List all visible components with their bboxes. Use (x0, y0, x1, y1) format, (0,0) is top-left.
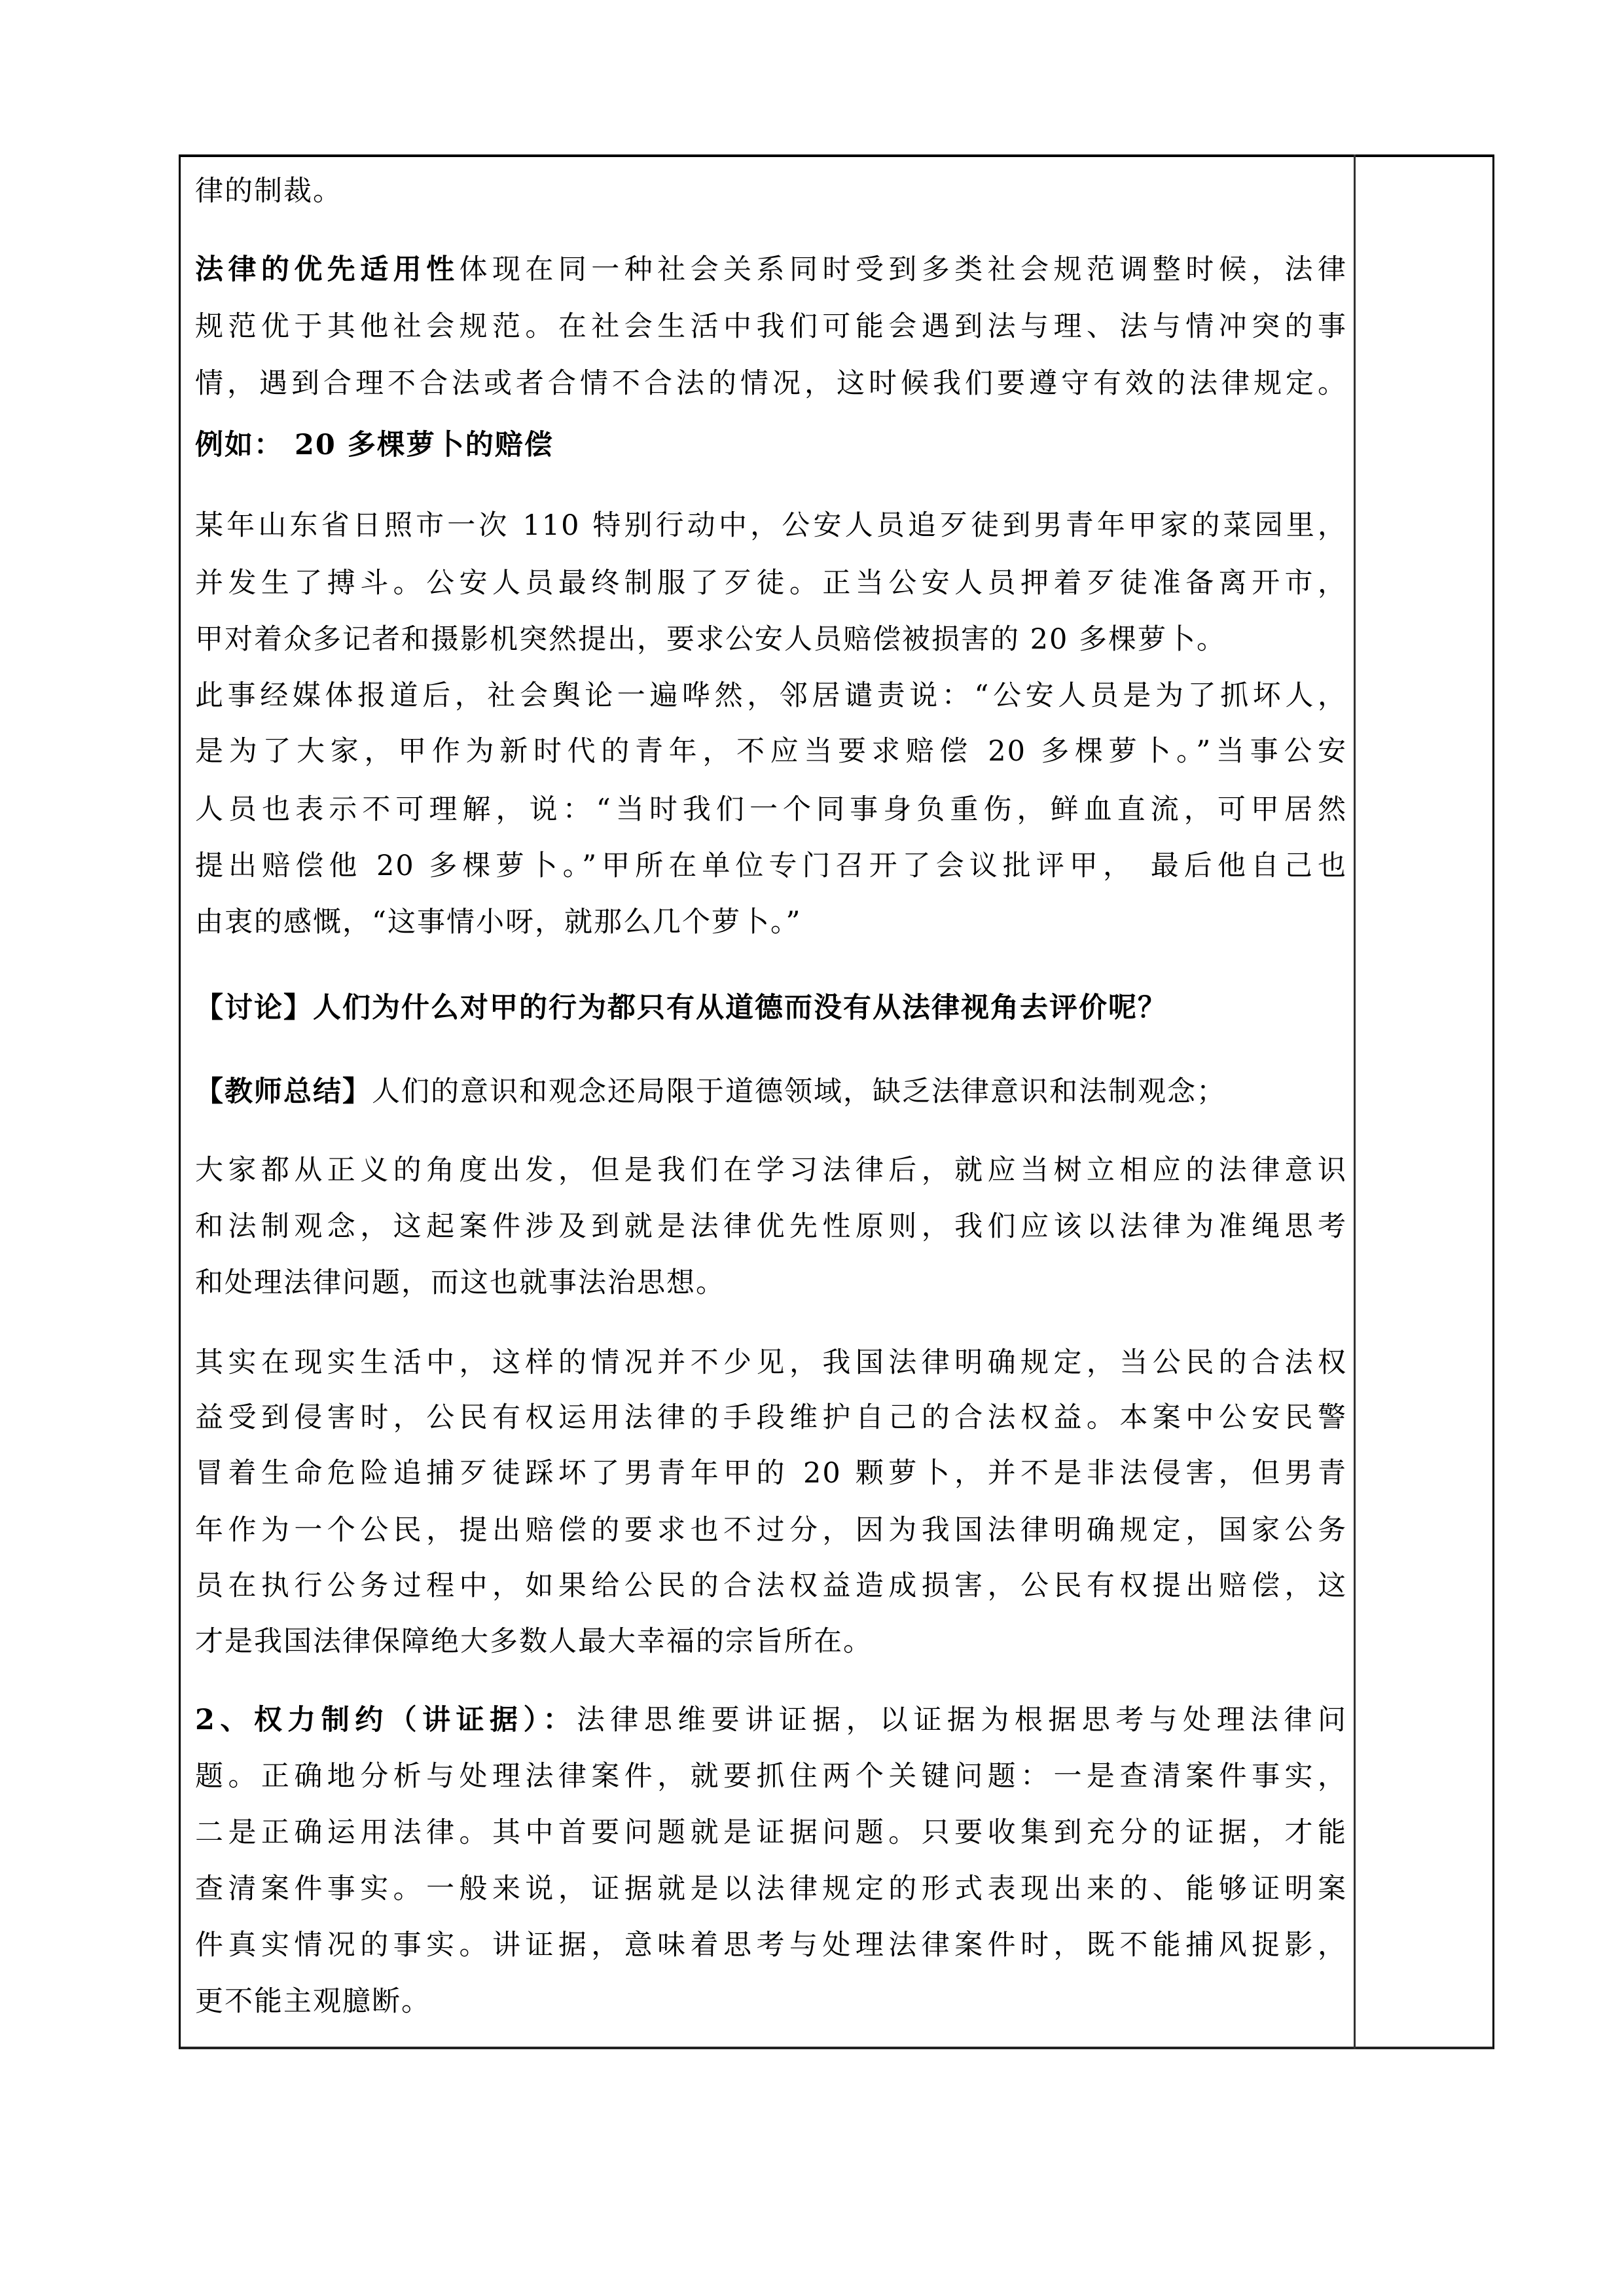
text-line: 律的制裁。 (195, 171, 1347, 211)
text-line: 益受到侵害时，公民有权运用法律的手段维护自己的合法权益。本案中公安民警 (195, 1398, 1347, 1437)
text-line: 某年山东省日照市一次 110 特别行动中，公安人员追歹徒到男青年甲家的菜园里， (195, 506, 1347, 545)
text-segment: 并发生了搏斗。公安人员最终制服了歹徒。正当公安人员押着歹徒准备离开市， (195, 567, 1347, 600)
text-segment: 规范优于其他社会规范。在社会生活中我们可能会遇到法与理、法与情冲突的事 (195, 310, 1347, 343)
text-segment: 更不能主观臆断。 (195, 1985, 431, 2018)
text-segment: 和法制观念，这起案件涉及到就是法律优先性原则，我们应该以法律为准绳思考 (195, 1210, 1347, 1243)
text-segment: 提出赔偿他 20 多棵萝卜。”甲所在单位专门召开了会议批评甲， 最后他自己也 (195, 850, 1347, 882)
text-line: 人员也表示不可理解，说：“当时我们一个同事身负重伤，鲜血直流，可甲居然 (195, 790, 1347, 829)
text-line: 件真实情况的事实。讲证据，意味着思考与处理法律案件时，既不能捕风捉影， (195, 1926, 1347, 1965)
text-segment: 律的制裁。 (195, 175, 342, 207)
text-line: 年作为一个公民，提出赔偿的要求也不过分，因为我国法律明确规定，国家公务 (195, 1511, 1347, 1550)
text-line: 并发生了搏斗。公安人员最终制服了歹徒。正当公安人员押着歹徒准备离开市， (195, 564, 1347, 603)
text-line: 查清案件事实。一般来说，证据就是以法律规定的形式表现出来的、能够证明案 (195, 1869, 1347, 1909)
bold-text-segment: 2、权力制约（讲证据）： (195, 1704, 577, 1736)
text-segment: 才是我国法律保障绝大多数人最大幸福的宗旨所在。 (195, 1625, 873, 1658)
text-segment: 年作为一个公民，提出赔偿的要求也不过分，因为我国法律明确规定，国家公务 (195, 1514, 1347, 1547)
text-line: 【讨论】人们为什么对甲的行为都只有从道德而没有从法律视角去评价呢？ (195, 988, 1347, 1028)
text-segment: 和处理法律问题，而这也就事法治思想。 (195, 1266, 725, 1299)
text-line: 例如： 20 多棵萝卜的赔偿 (195, 425, 1347, 465)
text-line: 2、权力制约（讲证据）：法律思维要讲证据，以证据为根据思考与处理法律问 (195, 1700, 1347, 1740)
notes-cell (1356, 157, 1492, 2047)
text-segment: 人们的意识和观念还局限于道德领域，缺乏法律意识和法制观念； (372, 1075, 1226, 1108)
text-segment: 此事经媒体报道后，社会舆论一遍哗然，邻居谴责说：“公安人员是为了抓坏人， (195, 679, 1347, 712)
text-line: 此事经媒体报道后，社会舆论一遍哗然，邻居谴责说：“公安人员是为了抓坏人， (195, 676, 1347, 715)
text-line: 【教师总结】人们的意识和观念还局限于道德领域，缺乏法律意识和法制观念； (195, 1072, 1347, 1111)
text-line: 其实在现实生活中，这样的情况并不少见，我国法律明确规定，当公民的合法权 (195, 1343, 1347, 1382)
text-line: 员在执行公务过程中，如果给公民的合法权益造成损害，公民有权提出赔偿，这 (195, 1566, 1347, 1605)
text-segment: 甲对着众多记者和摄影机突然提出，要求公安人员赔偿被损害的 20 多棵萝卜。 (195, 623, 1226, 656)
text-line: 和法制观念，这起案件涉及到就是法律优先性原则，我们应该以法律为准绳思考 (195, 1207, 1347, 1246)
text-segment: 益受到侵害时，公民有权运用法律的手段维护自己的合法权益。本案中公安民警 (195, 1401, 1347, 1434)
text-line: 甲对着众多记者和摄影机突然提出，要求公安人员赔偿被损害的 20 多棵萝卜。 (195, 620, 1347, 659)
bold-text-segment: 【教师总结】 (195, 1075, 372, 1108)
text-segment: 题。正确地分析与处理法律案件，就要抓住两个关键问题：一是查清案件事实， (195, 1760, 1347, 1793)
text-segment: 某年山东省日照市一次 110 特别行动中，公安人员追歹徒到男青年甲家的菜园里， (195, 509, 1347, 542)
text-segment: 大家都从正义的角度出发，但是我们在学习法律后，就应当树立相应的法律意识 (195, 1154, 1347, 1187)
text-line: 大家都从正义的角度出发，但是我们在学习法律后，就应当树立相应的法律意识 (195, 1151, 1347, 1190)
text-line: 才是我国法律保障绝大多数人最大幸福的宗旨所在。 (195, 1622, 1347, 1661)
text-segment: 其实在现实生活中，这样的情况并不少见，我国法律明确规定，当公民的合法权 (195, 1346, 1347, 1379)
text-line: 和处理法律问题，而这也就事法治思想。 (195, 1263, 1347, 1302)
text-segment: 情，遇到合理不合法或者合情不合法的情况，这时候我们要遵守有效的法律规定。 (195, 367, 1347, 400)
bold-text-segment: 【讨论】人们为什么对甲的行为都只有从道德而没有从法律视角去评价呢？ (195, 992, 1167, 1024)
text-line: 二是正确运用法律。其中首要问题就是证据问题。只要收集到充分的证据，才能 (195, 1813, 1347, 1852)
text-segment: 是为了大家，甲作为新时代的青年，不应当要求赔偿 20 多棵萝卜。”当事公安 (195, 735, 1347, 768)
text-line: 规范优于其他社会规范。在社会生活中我们可能会遇到法与理、法与情冲突的事 (195, 307, 1347, 346)
text-line: 是为了大家，甲作为新时代的青年，不应当要求赔偿 20 多棵萝卜。”当事公安 (195, 732, 1347, 771)
text-segment: 二是正确运用法律。其中首要问题就是证据问题。只要收集到充分的证据，才能 (195, 1816, 1347, 1849)
text-segment: 员在执行公务过程中，如果给公民的合法权益造成损害，公民有权提出赔偿，这 (195, 1570, 1347, 1602)
text-line: 题。正确地分析与处理法律案件，就要抓住两个关键问题：一是查清案件事实， (195, 1757, 1347, 1796)
text-segment: 查清案件事实。一般来说，证据就是以法律规定的形式表现出来的、能够证明案 (195, 1873, 1347, 1905)
text-segment: 体现在同一种社会关系同时受到多类社会规范调整时候，法律 (460, 253, 1347, 286)
text-segment: 件真实情况的事实。讲证据，意味着思考与处理法律案件时，既不能捕风捉影， (195, 1929, 1347, 1962)
text-segment: 法律思维要讲证据，以证据为根据思考与处理法律问 (577, 1704, 1347, 1736)
text-line: 更不能主观臆断。 (195, 1982, 1347, 2021)
bold-text-segment: 例如： 20 多棵萝卜的赔偿 (195, 429, 554, 461)
text-line: 冒着生命危险追捕歹徒踩坏了男青年甲的 20 颗萝卜，并不是非法侵害，但男青 (195, 1454, 1347, 1493)
text-line: 由衷的感慨，“这事情小呀，就那么几个萝卜。” (195, 903, 1347, 942)
text-segment: 冒着生命危险追捕歹徒踩坏了男青年甲的 20 颗萝卜，并不是非法侵害，但男青 (195, 1457, 1347, 1490)
text-segment: 由衷的感慨，“这事情小呀，就那么几个萝卜。” (195, 906, 801, 939)
bold-text-segment: 法律的优先适用性 (195, 253, 460, 286)
text-line: 法律的优先适用性体现在同一种社会关系同时受到多类社会规范调整时候，法律 (195, 250, 1347, 289)
text-segment: 人员也表示不可理解，说：“当时我们一个同事身负重伤，鲜血直流，可甲居然 (195, 793, 1347, 826)
text-line: 提出赔偿他 20 多棵萝卜。”甲所在单位专门召开了会议批评甲， 最后他自己也 (195, 846, 1347, 886)
text-line: 情，遇到合理不合法或者合情不合法的情况，这时候我们要遵守有效的法律规定。 (195, 364, 1347, 403)
